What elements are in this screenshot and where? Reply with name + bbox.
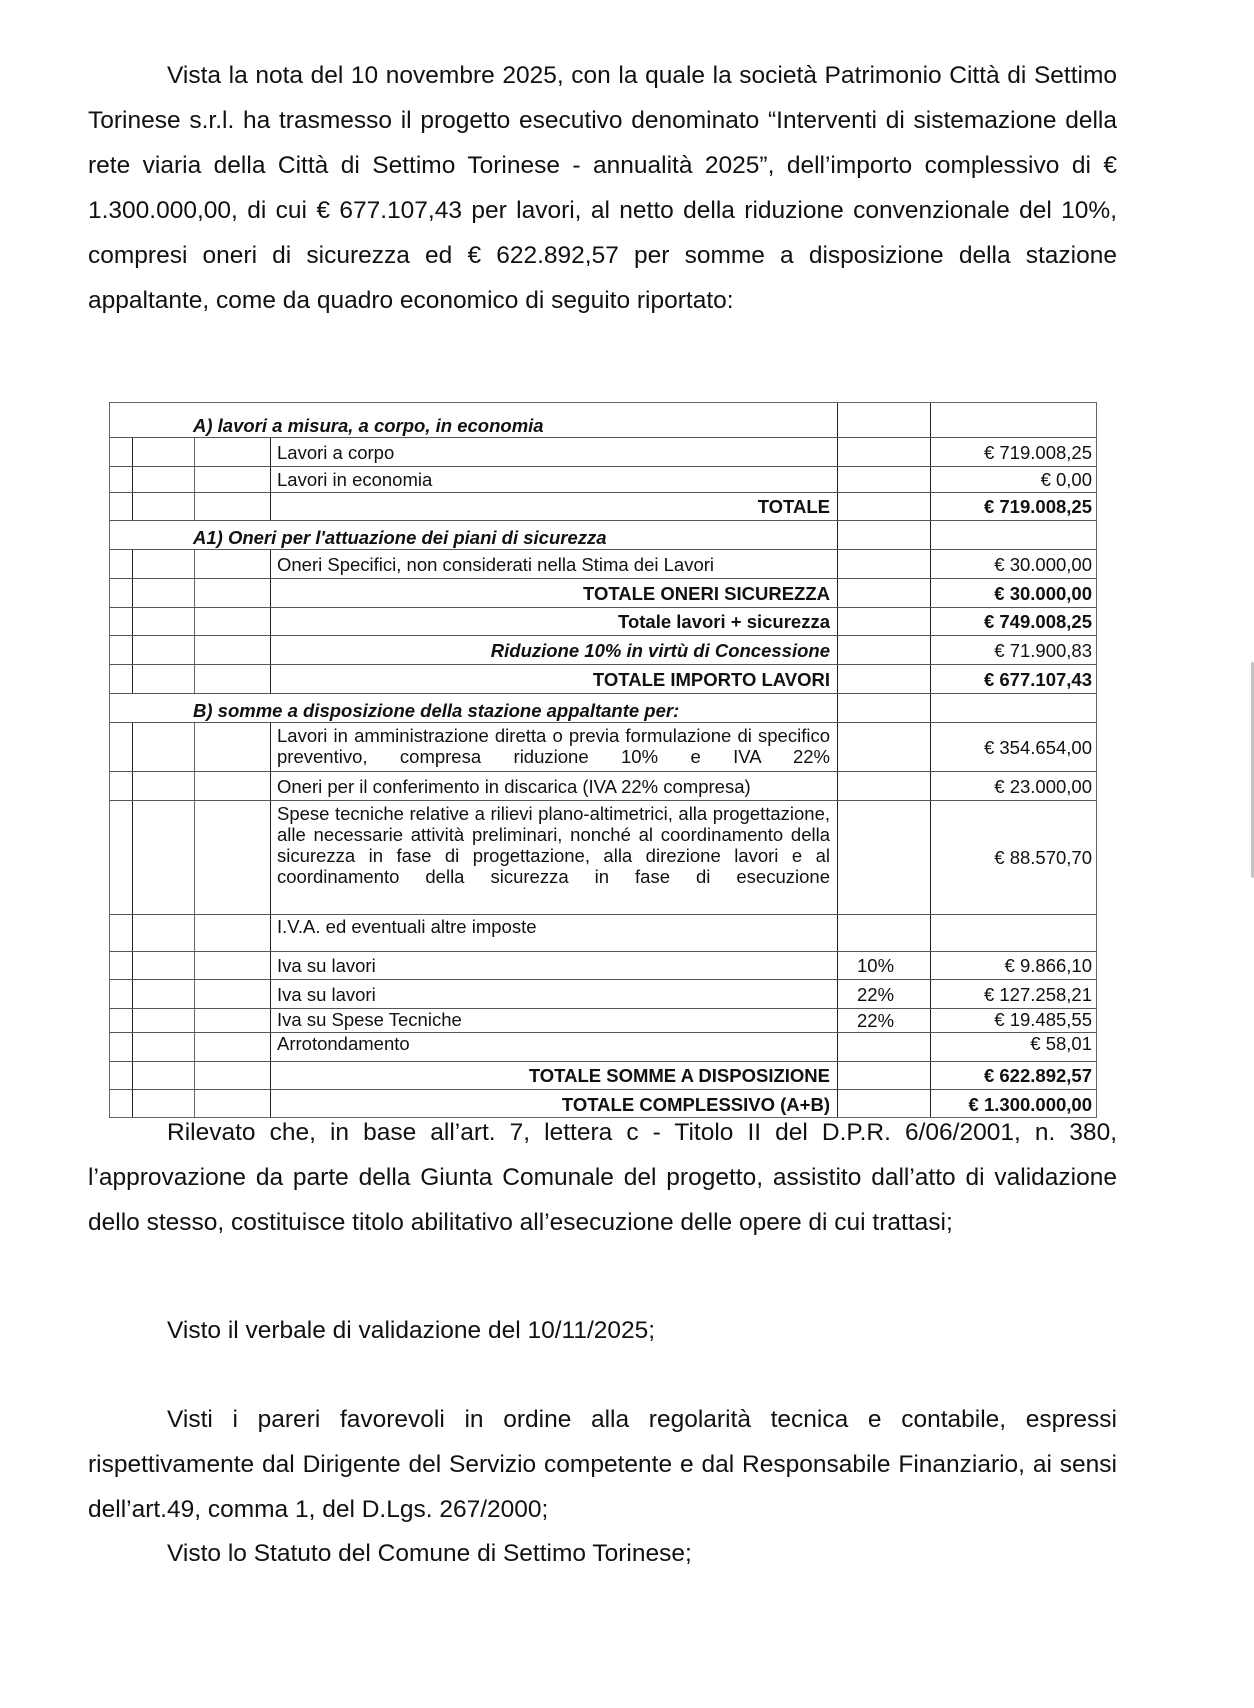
amount-value: € 19.485,55	[930, 1009, 1097, 1032]
amount-value: € 23.000,00	[930, 772, 1097, 800]
table-row: Riduzione 10% in virtù di Concessione€ 7…	[109, 635, 1097, 664]
column-divider	[270, 952, 271, 979]
item-description: Arrotondamento	[272, 1033, 836, 1061]
column-divider	[194, 1062, 195, 1089]
amount-value: € 71.900,83	[930, 636, 1097, 664]
vat-rate: 10%	[837, 952, 930, 979]
table-row: I.V.A. ed eventuali altre imposte	[109, 914, 1097, 951]
table-total-row: TOTALE IMPORTO LAVORI€ 677.107,43	[109, 664, 1097, 693]
column-divider	[194, 467, 195, 492]
table-section-row: A1) Oneri per l'attuazione dei piani di …	[109, 520, 1097, 549]
column-divider	[132, 665, 133, 693]
paragraph-text: Visto lo Statuto del Comune di Settimo T…	[167, 1540, 692, 1567]
column-divider	[270, 772, 271, 800]
amount-value: € 719.008,25	[930, 493, 1097, 520]
amount-value: € 719.008,25	[930, 438, 1097, 466]
item-description: Iva su lavori	[272, 980, 836, 1008]
vat-rate	[837, 665, 930, 693]
column-divider	[194, 980, 195, 1008]
vat-rate	[837, 438, 930, 466]
vat-rate	[837, 1033, 930, 1061]
table-total-row: TOTALE€ 719.008,25	[109, 492, 1097, 520]
total-label: TOTALE IMPORTO LAVORI	[272, 665, 836, 693]
column-divider	[194, 438, 195, 466]
paragraph-text: Visti i pareri favorevoli in ordine alla…	[88, 1406, 1117, 1523]
item-description: Lavori in economia	[272, 467, 836, 492]
column-divider	[132, 1009, 133, 1032]
amount-value: € 30.000,00	[930, 550, 1097, 578]
amount-value: € 354.654,00	[930, 723, 1097, 771]
amount-value: € 30.000,00	[930, 579, 1097, 607]
paragraph-vista-nota: Vista la nota del 10 novembre 2025, con …	[88, 53, 1117, 323]
paragraph-statuto: Visto lo Statuto del Comune di Settimo T…	[88, 1531, 1117, 1576]
column-divider	[132, 438, 133, 466]
table-row: Lavori in amministrazione diretta o prev…	[109, 722, 1097, 771]
column-divider	[194, 915, 195, 951]
column-divider	[194, 1009, 195, 1032]
column-divider	[194, 801, 195, 914]
item-description: Lavori a corpo	[272, 438, 836, 466]
item-description: Oneri per il conferimento in discarica (…	[272, 772, 836, 800]
amount-value	[930, 402, 1097, 437]
column-divider	[194, 723, 195, 771]
vat-rate: 22%	[837, 980, 930, 1008]
table-row: Iva su lavori22%€ 127.258,21	[109, 979, 1097, 1008]
column-divider	[194, 665, 195, 693]
amount-value: € 127.258,21	[930, 980, 1097, 1008]
amount-value: € 88.570,70	[930, 801, 1097, 914]
total-label: TOTALE SOMME A DISPOSIZIONE	[272, 1062, 836, 1089]
column-divider	[194, 608, 195, 635]
paragraph-text: Visto il verbale di validazione del 10/1…	[167, 1317, 655, 1344]
item-description: Lavori in amministrazione diretta o prev…	[272, 723, 836, 771]
paragraph-verbale: Visto il verbale di validazione del 10/1…	[88, 1308, 1117, 1353]
total-label: TOTALE ONERI SICUREZZA	[272, 579, 836, 607]
vat-rate	[837, 608, 930, 635]
column-divider	[132, 801, 133, 914]
column-divider	[270, 1062, 271, 1089]
vat-rate	[837, 467, 930, 492]
item-description: Riduzione 10% in virtù di Concessione	[272, 636, 836, 664]
paragraph-text: Rilevato che, in base all’art. 7, letter…	[88, 1119, 1117, 1236]
table-row: Oneri Specifici, non considerati nella S…	[109, 549, 1097, 578]
column-divider	[270, 1009, 271, 1032]
table-row: Iva su Spese Tecniche22%€ 19.485,55	[109, 1008, 1097, 1032]
vat-rate	[837, 402, 930, 437]
table-row: Lavori in economia€ 0,00	[109, 466, 1097, 492]
column-divider	[132, 723, 133, 771]
column-divider	[132, 915, 133, 951]
section-heading: A) lavori a misura, a corpo, in economia	[109, 402, 837, 437]
column-divider	[270, 550, 271, 578]
table-row: Arrotondamento€ 58,01	[109, 1032, 1097, 1061]
column-divider	[194, 550, 195, 578]
column-divider	[270, 980, 271, 1008]
quadro-economico-table: A) lavori a misura, a corpo, in economia…	[109, 402, 1097, 1118]
vat-rate	[837, 772, 930, 800]
column-divider	[270, 665, 271, 693]
column-divider	[194, 1033, 195, 1061]
amount-value: € 677.107,43	[930, 665, 1097, 693]
section-heading: A1) Oneri per l'attuazione dei piani di …	[109, 521, 837, 549]
column-divider	[270, 467, 271, 492]
vat-rate	[837, 694, 930, 722]
column-divider	[132, 772, 133, 800]
column-divider	[270, 493, 271, 520]
amount-value: € 58,01	[930, 1033, 1097, 1061]
column-divider	[132, 1062, 133, 1089]
column-divider	[132, 493, 133, 520]
vat-rate	[837, 1062, 930, 1089]
paragraph-pareri: Visti i pareri favorevoli in ordine alla…	[88, 1397, 1117, 1532]
total-label: Totale lavori + sicurezza	[272, 608, 836, 635]
column-divider	[132, 467, 133, 492]
table-section-row: B) somme a disposizione della stazione a…	[109, 693, 1097, 722]
column-divider	[132, 550, 133, 578]
column-divider	[270, 1033, 271, 1061]
vat-rate	[837, 915, 930, 951]
table-total-row: TOTALE ONERI SICUREZZA€ 30.000,00	[109, 578, 1097, 607]
table-row: Lavori a corpo€ 719.008,25	[109, 437, 1097, 466]
column-divider	[270, 801, 271, 914]
column-divider	[132, 980, 133, 1008]
paragraph-text: Vista la nota del 10 novembre 2025, con …	[88, 62, 1117, 314]
column-divider	[194, 952, 195, 979]
paragraph-rilevato: Rilevato che, in base all’art. 7, letter…	[88, 1110, 1117, 1245]
amount-value	[930, 694, 1097, 722]
vat-rate	[837, 493, 930, 520]
table-total-row: TOTALE SOMME A DISPOSIZIONE€ 622.892,57	[109, 1061, 1097, 1089]
item-description: Iva su Spese Tecniche	[272, 1009, 836, 1032]
column-divider	[194, 636, 195, 664]
column-divider	[194, 772, 195, 800]
column-divider	[132, 636, 133, 664]
amount-value: € 749.008,25	[930, 608, 1097, 635]
column-divider	[270, 579, 271, 607]
item-description: Iva su lavori	[272, 952, 836, 979]
column-divider	[132, 1033, 133, 1061]
amount-value: € 622.892,57	[930, 1062, 1097, 1089]
vat-rate: 22%	[837, 1009, 930, 1032]
column-divider	[270, 608, 271, 635]
amount-value	[930, 915, 1097, 951]
vat-rate	[837, 579, 930, 607]
column-divider	[270, 438, 271, 466]
vat-rate	[837, 636, 930, 664]
column-divider	[270, 723, 271, 771]
vat-rate	[837, 723, 930, 771]
item-description: Oneri Specifici, non considerati nella S…	[272, 550, 836, 578]
table-section-row: A) lavori a misura, a corpo, in economia	[109, 402, 1097, 437]
table-row: Spese tecniche relative a rilievi plano-…	[109, 800, 1097, 914]
item-description: Spese tecniche relative a rilievi plano-…	[272, 801, 836, 914]
table-row: Iva su lavori10%€ 9.866,10	[109, 951, 1097, 979]
column-divider	[270, 915, 271, 951]
column-divider	[132, 952, 133, 979]
vat-rate	[837, 521, 930, 549]
amount-value: € 0,00	[930, 467, 1097, 492]
item-description: I.V.A. ed eventuali altre imposte	[272, 915, 836, 951]
amount-value	[930, 521, 1097, 549]
column-divider	[194, 579, 195, 607]
vat-rate	[837, 801, 930, 914]
vat-rate	[837, 550, 930, 578]
table-row: Oneri per il conferimento in discarica (…	[109, 771, 1097, 800]
column-divider	[270, 636, 271, 664]
total-label: TOTALE	[272, 493, 836, 520]
column-divider	[132, 608, 133, 635]
section-heading: B) somme a disposizione della stazione a…	[109, 694, 837, 722]
table-total-row: Totale lavori + sicurezza€ 749.008,25	[109, 607, 1097, 635]
column-divider	[132, 579, 133, 607]
amount-value: € 9.866,10	[930, 952, 1097, 979]
column-divider	[194, 493, 195, 520]
